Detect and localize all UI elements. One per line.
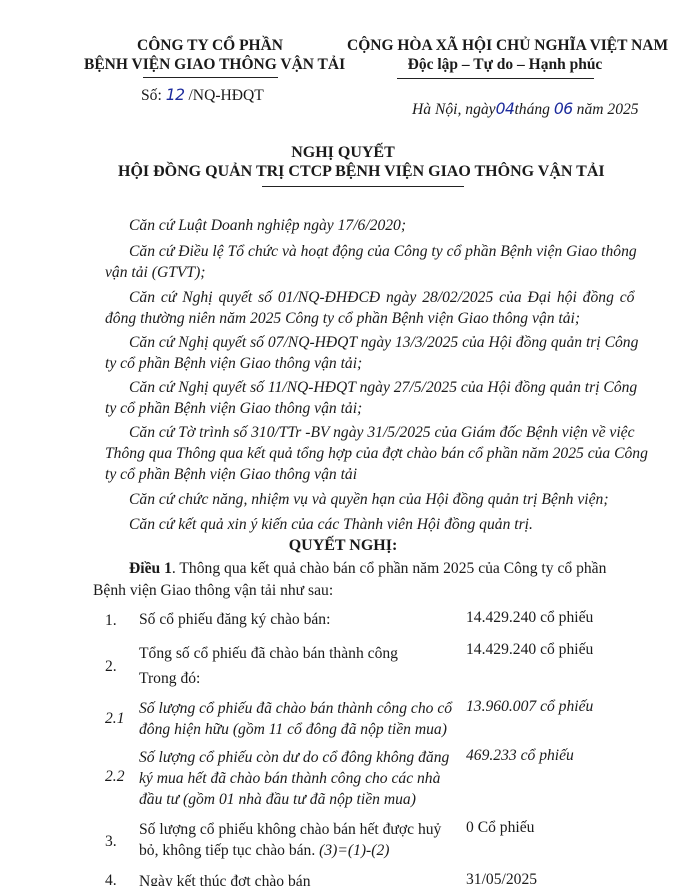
row-value: 14.429.240 cổ phiếu: [466, 609, 593, 627]
row-description: ký mua hết đã chào bán thành công cho cá…: [139, 768, 440, 789]
date-year: năm 2025: [577, 101, 639, 118]
row-description: Số lượng cổ phiếu đã chào bán thành công…: [139, 698, 452, 719]
preamble-6-line1: Căn cứ Tờ trình số 310/TTr -BV ngày 31/5…: [129, 422, 635, 443]
national-title: CỘNG HÒA XÃ HỘI CHỦ NGHĨA VIỆT NAM: [347, 37, 659, 55]
preamble-8: Căn cứ kết quả xin ý kiến của các Thành …: [129, 514, 533, 535]
row-number: 3.: [105, 833, 117, 851]
company-underline: [143, 77, 278, 78]
date-prefix: Hà Nội, ngày: [412, 101, 496, 118]
row-value: 13.960.007 cổ phiếu: [466, 698, 593, 716]
article-1-text: . Thông qua kết quả chào bán cổ phần năm…: [172, 560, 607, 577]
preamble-4-line2: ty cổ phần Bệnh viện Giao thông vận tải;: [105, 353, 362, 374]
doc-number-suffix: /NQ-HĐQT: [188, 87, 263, 104]
row-description: Số lượng cổ phiếu không chào bán hết đượ…: [139, 819, 441, 840]
row-value: 31/05/2025: [466, 871, 537, 886]
doc-number-prefix: Số:: [141, 87, 162, 104]
company-name-line1: CÔNG TY CỔ PHẦN: [90, 37, 330, 55]
motto-underline: [397, 78, 594, 79]
preamble-4-line1: Căn cứ Nghị quyết số 07/NQ-HĐQT ngày 13/…: [129, 332, 638, 353]
preamble-2-line2: vận tải (GTVT);: [105, 262, 205, 283]
preamble-6-line2: Thông qua Thông qua kết quả tổng hợp của…: [105, 443, 648, 464]
row-description-text: bỏ, không tiếp tục chào bán.: [139, 842, 315, 859]
document-number: Số: 12 /NQ-HĐQT: [141, 86, 264, 105]
decision-heading: QUYẾT NGHỊ:: [0, 537, 686, 555]
row-number: 2.2: [105, 768, 125, 786]
row-description: Số cổ phiếu đăng ký chào bán:: [139, 609, 330, 630]
document-subtitle: HỘI ĐỒNG QUẢN TRỊ CTCP BỆNH VIỆN GIAO TH…: [118, 163, 608, 181]
preamble-3-line1: Căn cứ Nghị quyết số 01/NQ-ĐHĐCĐ ngày 28…: [129, 287, 634, 308]
doc-number-handwritten: 12: [166, 86, 185, 104]
row-description: Số lượng cổ phiếu còn dư do cổ đông khôn…: [139, 747, 449, 768]
row-value: 469.233 cổ phiếu: [466, 747, 574, 765]
row-value: 0 Cổ phiếu: [466, 819, 534, 837]
document-title: NGHỊ QUYẾT: [0, 144, 686, 162]
row-number: 4.: [105, 872, 117, 886]
row-description: Ngày kết thúc đợt chào bán: [139, 871, 311, 886]
row-number: 2.: [105, 658, 117, 676]
preamble-2-line1: Căn cứ Điều lệ Tổ chức và hoạt động của …: [129, 241, 637, 262]
row-description: đông hiện hữu (gồm 11 cổ đông đã nộp tiề…: [139, 719, 447, 740]
article-1-line2: Bệnh viện Giao thông vận tải như sau:: [93, 580, 333, 601]
row-description: bỏ, không tiếp tục chào bán. (3)=(1)-(2): [139, 840, 389, 861]
row-value: 14.429.240 cổ phiếu: [466, 641, 593, 659]
place-date: Hà Nội, ngày04tháng 06 năm 2025: [412, 100, 639, 119]
article-1-label: Điều 1: [129, 560, 172, 577]
row-formula: (3)=(1)-(2): [319, 842, 389, 859]
date-day-handwritten: 04: [496, 100, 515, 118]
preamble-5-line2: ty cổ phần Bệnh viện Giao thông vận tải;: [105, 398, 362, 419]
preamble-5-line1: Căn cứ Nghị quyết số 11/NQ-HĐQT ngày 27/…: [129, 377, 637, 398]
row-number: 1.: [105, 612, 117, 630]
date-month-label: tháng: [514, 101, 550, 118]
preamble-7: Căn cứ chức năng, nhiệm vụ và quyền hạn …: [129, 489, 609, 510]
national-motto: Độc lập – Tự do – Hạnh phúc: [385, 56, 625, 74]
preamble-6-line3: ty cổ phần Bệnh viện Giao thông vận tải: [105, 464, 357, 485]
row-description: đầu tư (gồm 01 nhà đầu tư đã nộp tiền mu…: [139, 789, 416, 810]
company-name-line2: BỆNH VIỆN GIAO THÔNG VẬN TẢI: [84, 56, 336, 74]
row-description: Tổng số cổ phiếu đã chào bán thành công: [139, 643, 398, 664]
row-description-sub: Trong đó:: [139, 668, 200, 689]
date-month-handwritten: 06: [554, 100, 573, 118]
preamble-3-line2: đông thường niên năm 2025 Công ty cổ phầ…: [105, 308, 580, 329]
row-number: 2.1: [105, 710, 125, 728]
preamble-1: Căn cứ Luật Doanh nghiệp ngày 17/6/2020;: [129, 215, 406, 236]
article-1-line1: Điều 1. Thông qua kết quả chào bán cổ ph…: [129, 558, 606, 579]
title-underline: [262, 186, 464, 187]
